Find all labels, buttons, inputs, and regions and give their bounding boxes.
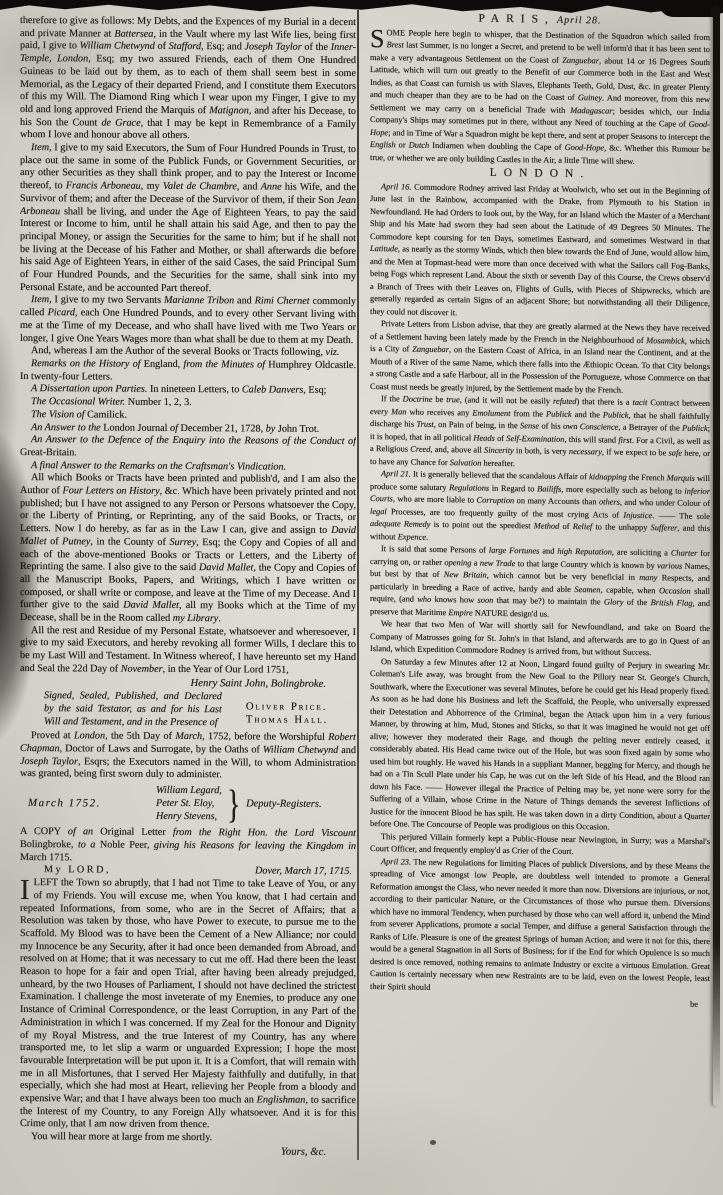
salutation-dateline: Dover, March 17, 1715. — [255, 866, 352, 879]
italic-text: Battersea — [114, 28, 153, 39]
italic-text: of an — [68, 827, 93, 838]
italic-text: April 16. — [381, 182, 411, 191]
signature-line: Yours, &c. — [20, 1144, 356, 1159]
italic-text: large Fortunes — [489, 546, 540, 556]
italic-text: The Vision of — [31, 409, 85, 420]
italic-text: Dutch — [409, 141, 429, 150]
italic-text: Matignon — [209, 105, 249, 116]
paragraph: An Answer to the Defence of the Enquiry … — [20, 434, 356, 461]
italic-text: Yours, &c. — [281, 1145, 326, 1157]
italic-text: April 23. — [381, 857, 411, 866]
italic-text: English — [370, 140, 396, 149]
italic-text: April 21. — [381, 469, 411, 478]
italic-text: David Mallet — [123, 600, 179, 611]
paragraph: SOME People here begin to whisper, that … — [370, 27, 710, 170]
italic-text: who — [417, 595, 431, 604]
italic-text: Zanguebar — [562, 55, 599, 65]
italic-text: Joseph Taylor — [20, 756, 78, 767]
paragraph: April 23. The new Regulations for limiti… — [370, 856, 710, 999]
italic-text: Sincerity — [484, 446, 514, 455]
left-column: therefore to give as follows: My Debts, … — [20, 15, 356, 1177]
scan-artifact-right-edge — [713, 6, 720, 1106]
italic-text: Four Letters on History — [63, 485, 160, 497]
italic-text: An Answer to the — [31, 422, 101, 433]
italic-text: Englishman — [257, 1095, 306, 1106]
italic-text: William Chetwynd — [80, 41, 155, 52]
italic-text: Surrey — [169, 537, 196, 548]
paragraph: A COPY of an Original Letter from the Ri… — [20, 826, 356, 866]
italic-text: Sense — [520, 421, 539, 430]
italic-text: safe — [669, 448, 683, 457]
italic-text: Dover, March 17, 1715. — [255, 866, 352, 878]
heading-caps: LONDON. — [490, 167, 590, 180]
italic-text: Rimi Chernet — [255, 296, 310, 307]
italic-text: November — [121, 663, 163, 674]
paragraph: Proved at London, the 5th Day of March, … — [20, 730, 356, 783]
paragraph: ILEFT the Town so abruptly, that I had n… — [20, 877, 356, 1133]
brace-glyph: } — [225, 798, 242, 811]
italic-text: Salvation — [450, 458, 482, 467]
italic-text: Seamen — [574, 585, 600, 594]
registers-date: March 1752. — [20, 797, 156, 811]
paragraph: Item, I give to my said Executors, the S… — [20, 142, 356, 296]
registers-names: William Legard,Peter St. Eloy,Henry Stev… — [156, 785, 222, 824]
paragraph: All which Books or Tracts have been prin… — [20, 472, 356, 626]
register-name: Peter St. Eloy, — [156, 798, 222, 811]
italic-text: giving his Reasons for leaving the Kingd… — [154, 840, 356, 852]
italic-text: various — [657, 561, 682, 570]
italic-text: viz. — [326, 347, 340, 358]
italic-text: Self-Examination — [506, 434, 564, 444]
italic-text: from the Right Hon. the Lord Viscount — [173, 827, 356, 839]
paragraph: We hear that two Men of War will shortly… — [370, 618, 710, 661]
italic-text: A Dissertation upon Parties. — [31, 383, 147, 395]
newspaper-page: { "page": { "catchword": "be" }, "column… — [0, 0, 723, 1195]
italic-text: opening — [444, 558, 471, 567]
paragraph: If the Doctrine be true, (and it will no… — [370, 393, 710, 473]
italic-text: soon — [478, 596, 494, 605]
italic-text: Heads — [473, 433, 494, 442]
italic-text: Marquis — [667, 473, 695, 482]
dropcap-letter: S — [370, 27, 386, 50]
scan-artifact-speck — [430, 1140, 436, 1145]
witness-statement: Signed, Sealed, Published, and Declared … — [44, 690, 222, 729]
italic-text: new Trade — [480, 558, 515, 568]
italic-text: Good-Hope — [370, 120, 710, 137]
italic-text: Item — [31, 142, 49, 153]
italic-text: Picard — [48, 307, 75, 318]
italic-text: Marianne Tribon — [164, 295, 234, 306]
right-column: PARIS, April 28.SOME People here begin t… — [370, 10, 710, 1187]
italic-text: necessary — [569, 447, 602, 456]
paragraph: April 16. Commodore Rodney arrived last … — [370, 181, 710, 324]
italic-text: Emolument — [472, 408, 510, 418]
italic-text: Occasion — [659, 586, 691, 595]
witness-name: Thomas Hall. — [246, 713, 356, 726]
italic-text: Jean Arboneau — [20, 195, 356, 217]
scan-artifact-ink-shadow — [0, 300, 20, 500]
italic-text: Francis Arboneau — [66, 180, 141, 191]
italic-text: first — [618, 435, 632, 444]
paragraph: Private Letters from Lisbon advise, that… — [370, 318, 710, 398]
italic-text: refuted — [553, 397, 576, 406]
register-name: Henry Stevens, — [156, 810, 222, 823]
italic-text: every Man — [370, 407, 406, 417]
italic-text: An Answer to the Defence of the Enquiry … — [31, 434, 356, 447]
witness-name: Oliver Price. — [246, 701, 356, 714]
paragraph: It is said that some Persons of large Fo… — [370, 543, 710, 623]
italic-text: Bailiffs — [537, 484, 561, 493]
italic-text: Publick — [546, 409, 572, 418]
column-divider-rule — [357, 10, 359, 1160]
italic-text: Remarks on the History of — [31, 358, 141, 370]
italic-text: many — [639, 573, 657, 582]
heading-caps: PARIS, — [478, 13, 554, 26]
italic-text: Mosambick — [646, 336, 685, 346]
italic-text: British Flag — [651, 598, 693, 608]
italic-text: Method — [534, 521, 560, 530]
italic-text: Expence — [398, 532, 426, 541]
signature-line: Henry Saint John, Bolingbroke. — [20, 676, 356, 691]
paragraph: therefore to give as follows: My Debts, … — [20, 15, 356, 144]
italic-text: Anne — [261, 182, 282, 193]
italic-text: Publick — [682, 424, 708, 433]
scan-artifact-top-tear — [0, 0, 723, 14]
italic-text: Conscience — [580, 422, 619, 432]
paragraph: April 21. It is generally believed that … — [370, 468, 710, 548]
italic-text: Zanguebar — [412, 345, 449, 355]
italic-text: of — [170, 422, 178, 433]
italic-text: Regulations — [449, 483, 489, 493]
italic-text: Good-Hope — [565, 143, 605, 153]
italic-text: Putney — [62, 536, 90, 547]
paragraph: You will hear more at large from me shor… — [20, 1131, 356, 1146]
italic-text: tacit — [633, 398, 648, 407]
italic-text: Relief — [573, 522, 593, 531]
italic-text: by — [266, 423, 276, 434]
italic-text: Sufferer — [651, 523, 678, 532]
italic-text: from the Minutes of — [183, 359, 265, 370]
paragraph: Item, I give to my two Servants Marianne… — [20, 294, 356, 347]
italic-text: New Britain — [444, 570, 487, 580]
italic-text: Joseph Taylor — [245, 42, 302, 53]
italic-text: Glory — [604, 597, 624, 606]
italic-text: Caleb Danvers — [242, 385, 303, 396]
italic-text: others — [599, 497, 620, 506]
register-name: William Legard, — [156, 785, 222, 798]
italic-text: high Reputation — [557, 547, 612, 557]
witness-names: Oliver Price.Thomas Hall. — [222, 691, 356, 730]
italic-text: kidnapping — [589, 472, 627, 482]
italic-text: March — [175, 731, 202, 742]
italic-text: Item — [31, 295, 49, 306]
italic-text: Publick — [603, 410, 629, 419]
salutation-name: My LORD, — [44, 865, 111, 878]
italic-text: de Grace — [101, 117, 140, 128]
heading-date: April 28. — [557, 15, 602, 27]
italic-text: The Occasional Writer. — [31, 396, 125, 408]
dropcap-letter: I — [20, 877, 34, 902]
italic-text: Doctrine — [403, 394, 433, 403]
italic-text: Trust — [416, 420, 433, 429]
registers-label: Deputy-Registers. — [246, 798, 322, 811]
italic-text: London — [74, 731, 105, 742]
italic-text: true — [446, 395, 460, 404]
italic-text: Injustice — [623, 510, 652, 519]
italic-text: Latitude — [370, 244, 398, 253]
italic-text: William Chetwynd — [263, 745, 338, 756]
paragraph: Remarks on the History of England, from … — [20, 358, 356, 385]
paragraph: On Saturday a few Minutes after 12 at No… — [370, 656, 710, 836]
italic-text: Charter — [671, 548, 698, 557]
italic-text: Creed — [410, 445, 430, 454]
italic-text: A final Answer to the Remarks on the Cra… — [31, 460, 286, 473]
italic-text: Empire — [448, 608, 472, 617]
paragraph: All the rest and Residue of my Personal … — [20, 625, 356, 678]
italic-text: Madagascar — [570, 105, 612, 115]
italic-text: my Library — [173, 613, 219, 624]
italic-text: to a — [78, 839, 95, 850]
italic-text: legal — [370, 507, 387, 516]
italic-text: Corruption — [477, 496, 515, 506]
italic-text: David Mallet — [199, 562, 253, 573]
italic-text: adequate Remedy — [370, 519, 430, 529]
italic-text: Brest — [386, 40, 403, 49]
italic-text: Guiney — [578, 93, 602, 102]
italic-text: Henry Saint John, Bolingbroke. — [191, 677, 326, 690]
italic-text: Valet de Chambre — [163, 181, 237, 192]
registers-block: March 1752.William Legard,Peter St. Eloy… — [20, 784, 356, 824]
witness-block: Signed, Sealed, Published, and Declared … — [20, 690, 356, 730]
italic-text: Stafford — [169, 41, 201, 52]
